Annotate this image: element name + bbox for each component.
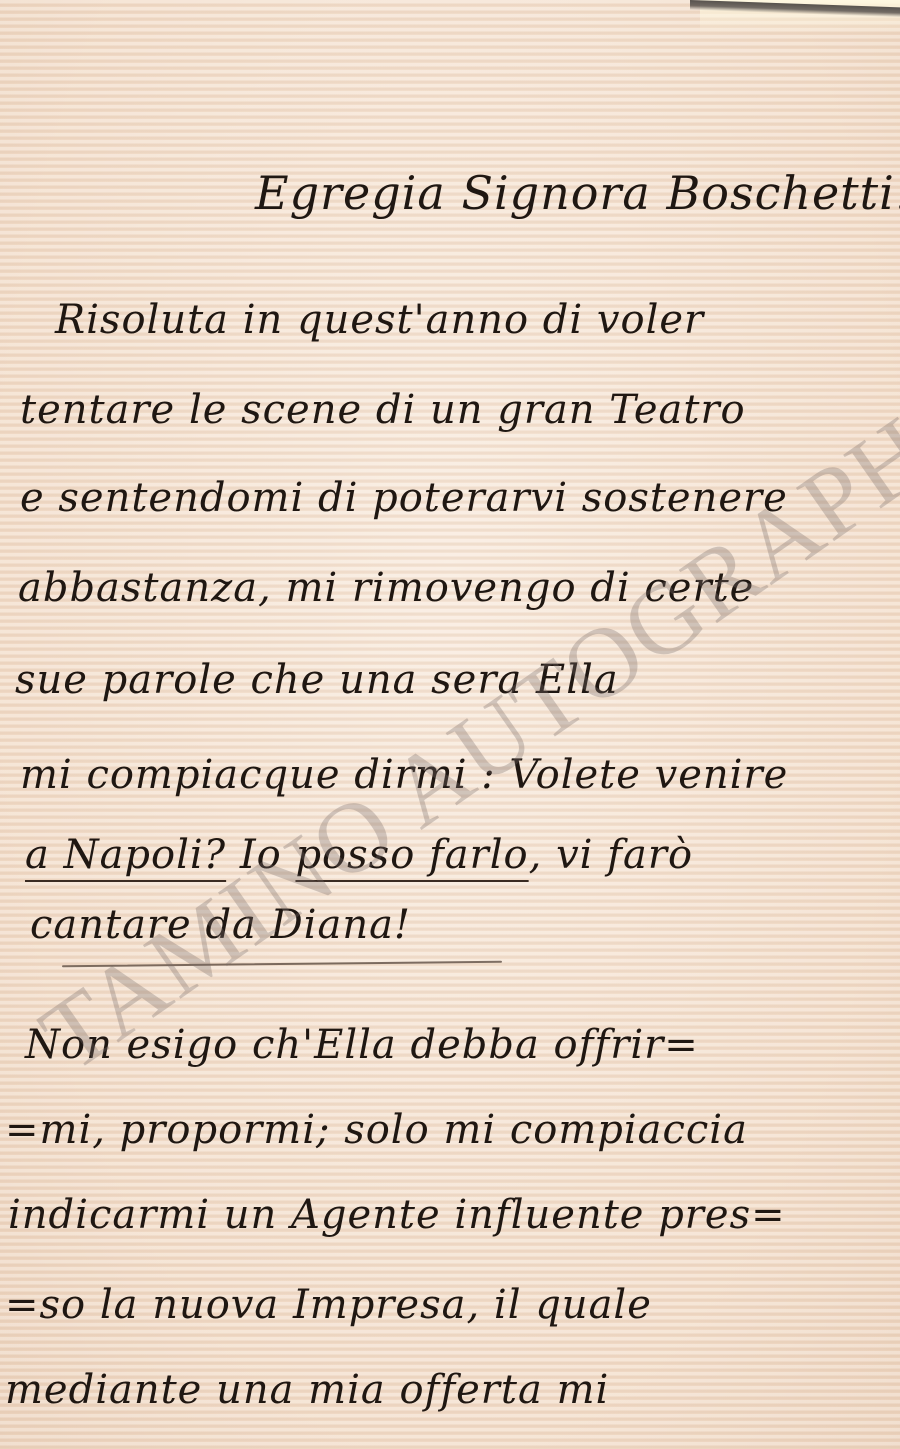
letter-line-2: tentare le scene di un gran Teatro bbox=[20, 390, 746, 430]
letter-line-1: Risoluta in quest'anno di voler bbox=[55, 300, 704, 340]
letter-line-9: Non esigo ch'Ella debba offrir= bbox=[25, 1025, 699, 1065]
underlined-posso-farlo: posso farlo bbox=[295, 832, 528, 878]
letter-line-10: =mi, propormi; solo mi compiaccia bbox=[5, 1110, 748, 1150]
letter-salutation: Egregia Signora Boschetti. bbox=[255, 170, 900, 216]
letter-line-7: a Napoli? Io posso farlo, vi farò bbox=[25, 835, 693, 875]
letter-line-3: e sentendomi di poterarvi sostenere bbox=[20, 478, 788, 518]
line-7-text-a: Io bbox=[226, 832, 295, 878]
letter-line-6: mi compiacque dirmi : Volete venire bbox=[20, 755, 788, 795]
letter-line-8: cantare da Diana! bbox=[30, 905, 411, 945]
line-7-text-b: , vi farò bbox=[529, 832, 693, 878]
underlined-napoli: a Napoli? bbox=[25, 832, 226, 878]
watermark: TAMINO AUTOGRAPHS bbox=[20, 360, 900, 1094]
letter-page: Egregia Signora Boschetti. Risoluta in q… bbox=[0, 0, 900, 1449]
letter-line-11: indicarmi un Agente influente pres= bbox=[8, 1195, 786, 1235]
letter-line-12: =so la nuova Impresa, il quale bbox=[5, 1285, 652, 1325]
letter-line-5: sue parole che una sera Ella bbox=[15, 660, 619, 700]
letter-line-4: abbastanza, mi rimovengo di certe bbox=[18, 568, 754, 608]
section-divider-stroke bbox=[62, 961, 502, 968]
letter-line-13: mediante una mia offerta mi bbox=[5, 1370, 609, 1410]
